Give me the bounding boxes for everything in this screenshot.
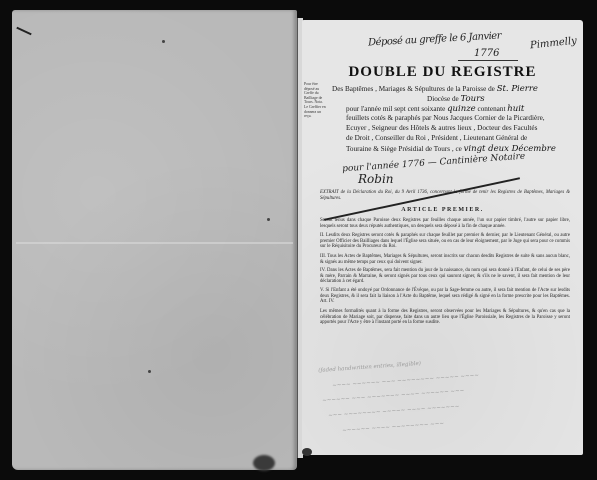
deposit-year: 1776	[474, 48, 499, 59]
handwritten-date-line: pour l'année 1776 — Cantinière Notaire	[342, 152, 526, 175]
register-page: Déposé au greffe le 6 Janvier 1776 Pimme…	[302, 20, 583, 455]
ink-stain	[302, 448, 312, 456]
article-3: III. Tous les Actes de Baptêmes, Mariage…	[320, 254, 570, 265]
leaf-count: huit	[507, 104, 524, 114]
parish-label: Des Baptêmes , Mariages & Sépultures de …	[332, 85, 495, 93]
left-page-blank	[12, 10, 297, 470]
underline	[458, 60, 518, 61]
diocese-name: Tours	[461, 94, 485, 104]
ink-spot	[267, 218, 270, 221]
parish-line: Des Baptêmes , Mariages & Sépultures de …	[332, 84, 538, 94]
year-line: pour l'année mil sept cent soixante quin…	[346, 104, 524, 114]
clerk-signature: Pimmelly	[530, 36, 578, 52]
official-line-1: feuillets cotés & paraphés par Nous Jacq…	[346, 114, 545, 122]
parish-name: St. Pierre	[497, 84, 538, 94]
article-2: II. Lesdits deux Registres seront cotés …	[320, 233, 570, 250]
page-title: DOUBLE DU REGISTRE	[302, 64, 583, 81]
year-label: pour l'année mil sept cent soixante	[346, 105, 445, 113]
containing-label: contenant	[478, 105, 506, 113]
deposit-note: Déposé au greffe le 6 Janvier	[368, 31, 501, 49]
article-6: Les mêmes formalités quant à la forme de…	[320, 309, 570, 326]
paper-fold	[16, 242, 293, 244]
diocese-label: Diocèse de	[427, 95, 459, 103]
article-1: Seront tenus dans chaque Paroisse deux R…	[320, 218, 570, 229]
extract-heading: EXTRAIT de la Déclaration du Roi, du 9 A…	[320, 190, 570, 201]
date-label: Touraine & Siège Présidial de Tours , ce	[346, 145, 462, 153]
ink-spot	[162, 40, 165, 43]
official-line-2: Ecuyer , Seigneur des Hôtels & autres li…	[346, 124, 537, 132]
margin-note: Pour être déposé au Greffe du Bailliage …	[304, 82, 326, 119]
ink-mark	[16, 27, 31, 36]
article-5: V. Si l'Enfant a été ondoyé par Ordonnan…	[320, 288, 570, 305]
diocese-line: Diocèse de Tours	[427, 94, 485, 104]
article-heading: ARTICLE PREMIER.	[302, 207, 583, 213]
official-line-3: de Droit , Conseiller du Roi , Président…	[346, 134, 527, 142]
ink-stain	[253, 455, 275, 471]
article-4: IV. Dans les Actes de Baptêmes, sera fai…	[320, 268, 570, 285]
judge-signature: Robin	[358, 172, 394, 186]
year-value: quinze	[447, 104, 476, 114]
ink-spot	[148, 370, 151, 373]
